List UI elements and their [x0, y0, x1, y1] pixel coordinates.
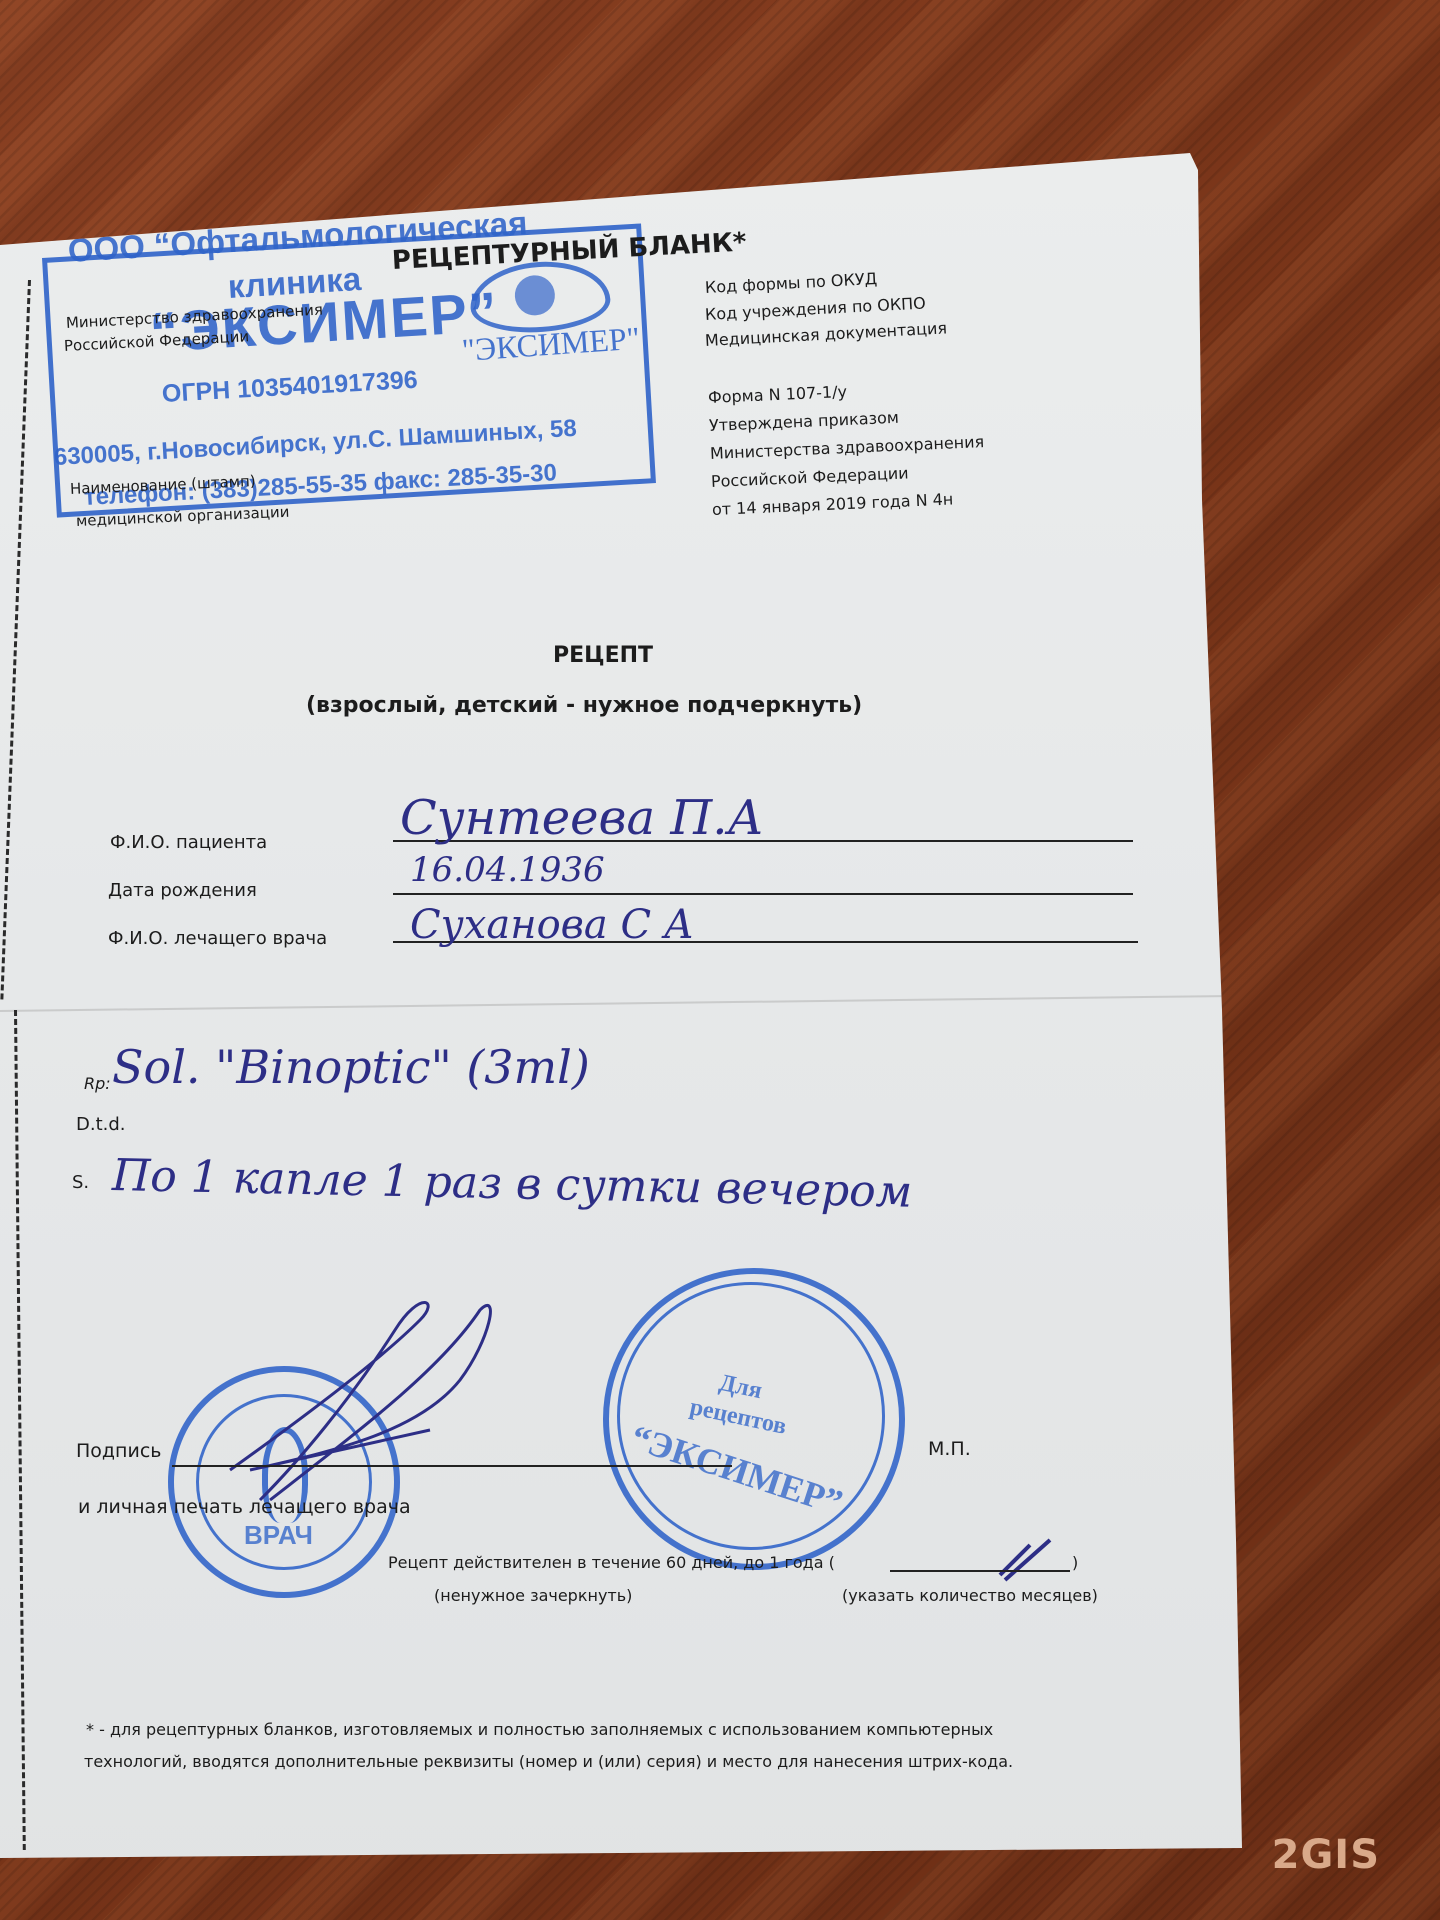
clinic-round-stamp: Для рецептов “ЭКСИМЕР”	[603, 1268, 905, 1570]
validity-months-line	[890, 1570, 1070, 1572]
validity-close: )	[1072, 1553, 1078, 1572]
signature-label: Подпись	[76, 1440, 161, 1462]
validity-note-right: (указать количество месяцев)	[842, 1586, 1098, 1605]
mp-label: М.П.	[928, 1438, 971, 1460]
validity-text: Рецепт действителен в течение 60 дней, д…	[388, 1553, 835, 1572]
signature-line	[172, 1465, 732, 1467]
2gis-watermark: 2GIS	[1272, 1832, 1380, 1878]
footnote-line2: технологий, вводятся дополнительные рекв…	[84, 1752, 1013, 1771]
prescription-form-paper: ООО “Офтальмологическая клиника “ЭКСИМЕР…	[0, 0, 1440, 1920]
seal-label: и личная печать лечащего врача	[78, 1496, 411, 1518]
doctor-signature	[0, 0, 1440, 1920]
validity-note-left: (ненужное зачеркнуть)	[434, 1586, 632, 1605]
footnote-line1: * - для рецептурных бланков, изготовляем…	[86, 1720, 993, 1739]
